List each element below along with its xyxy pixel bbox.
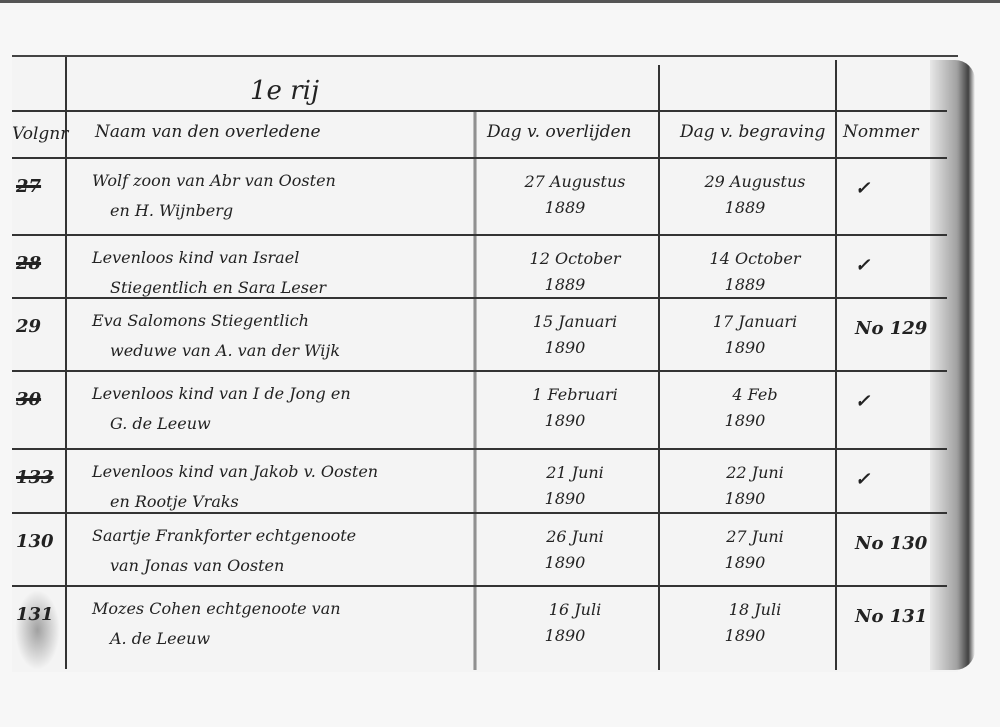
column-rule: [835, 60, 837, 670]
entry-number: 27: [16, 176, 41, 197]
death-date-day: 21 Juni: [500, 459, 650, 487]
death-date-day: 26 Juni: [500, 523, 650, 551]
burial-date-day: 17 Januari: [680, 308, 830, 336]
burial-date-year: 1889: [680, 194, 810, 222]
deceased-name-cont: G. de Leeuw: [110, 409, 211, 439]
header-bottom-rule: [12, 157, 947, 159]
death-date-year: 1890: [500, 622, 630, 650]
column-rule: [65, 57, 67, 669]
death-date-day: 27 Augustus: [500, 168, 650, 196]
deceased-name: Saartje Frankforter echtgenoote: [92, 521, 356, 551]
row-rule: [12, 448, 947, 450]
nommer-mark: ✓: [855, 178, 870, 199]
header-name: Naam van den overledene: [95, 122, 321, 142]
header-burial-date: Dag v. begraving: [680, 122, 825, 142]
header-number: Volgnr: [12, 124, 68, 144]
entry-number: 30: [16, 389, 41, 410]
burial-date-day: 4 Feb: [680, 381, 830, 409]
deceased-name-cont: Stiegentlich en Sara Leser: [110, 273, 326, 303]
death-date-year: 1890: [500, 334, 630, 362]
scan-top-border: [0, 0, 1000, 3]
burial-date-day: 27 Juni: [680, 523, 830, 551]
deceased-name: Eva Salomons Stiegentlich: [92, 306, 309, 336]
deceased-name-cont: A. de Leeuw: [110, 624, 210, 654]
burial-date-day: 18 Juli: [680, 596, 830, 624]
page-edge-shadow: [930, 60, 975, 670]
row-rule: [12, 585, 947, 587]
scanned-register-page: 1e rij Volgnr Naam van den overledene Da…: [0, 0, 1000, 727]
nommer-mark: ✓: [855, 469, 870, 490]
burial-date-day: 29 Augustus: [680, 168, 830, 196]
deceased-name: Levenloos kind van Jakob v. Oosten: [92, 457, 378, 487]
death-date-year: 1890: [500, 407, 630, 435]
entry-number: 29: [16, 316, 41, 337]
burial-date-day: 14 October: [680, 245, 830, 273]
row-rule: [12, 370, 947, 372]
deceased-name: Wolf zoon van Abr van Oosten: [92, 166, 336, 196]
header-top-rule: [12, 110, 947, 112]
death-date-year: 1890: [500, 549, 630, 577]
nommer-mark: No 131: [855, 606, 927, 627]
nommer-mark: No 129: [855, 318, 927, 339]
entry-number: 130: [16, 531, 54, 552]
burial-date-year: 1890: [680, 485, 810, 513]
death-date-day: 1 Februari: [500, 381, 650, 409]
ink-smudge: [15, 590, 60, 670]
burial-date-year: 1890: [680, 549, 810, 577]
burial-date-year: 1889: [680, 271, 810, 299]
column-rule: [658, 65, 660, 670]
register-title: 1e rij: [250, 76, 319, 106]
burial-date-day: 22 Juni: [680, 459, 830, 487]
nommer-mark: No 130: [855, 533, 927, 554]
death-date-year: 1889: [500, 271, 630, 299]
burial-date-year: 1890: [680, 407, 810, 435]
deceased-name-cont: weduwe van A. van der Wijk: [110, 336, 340, 366]
entry-number: 133: [16, 467, 54, 488]
death-date-day: 16 Juli: [500, 596, 650, 624]
deceased-name: Levenloos kind van I de Jong en: [92, 379, 351, 409]
deceased-name-cont: en H. Wijnberg: [110, 196, 233, 226]
deceased-name-cont: van Jonas van Oosten: [110, 551, 284, 581]
death-date-day: 12 October: [500, 245, 650, 273]
deceased-name: Mozes Cohen echtgenoote van: [92, 594, 341, 624]
nommer-mark: ✓: [855, 255, 870, 276]
burial-date-year: 1890: [680, 622, 810, 650]
header-nommer: Nommer: [843, 122, 919, 142]
header-death-date: Dag v. overlijden: [487, 122, 632, 142]
death-date-year: 1890: [500, 485, 630, 513]
deceased-name-cont: en Rootje Vraks: [110, 487, 239, 517]
nommer-mark: ✓: [855, 391, 870, 412]
entry-number: 28: [16, 253, 41, 274]
burial-date-year: 1890: [680, 334, 810, 362]
death-date-year: 1889: [500, 194, 630, 222]
row-rule: [12, 234, 947, 236]
entry-number: 131: [16, 604, 54, 625]
deceased-name: Levenloos kind van Israel: [92, 243, 299, 273]
death-date-day: 15 Januari: [500, 308, 650, 336]
